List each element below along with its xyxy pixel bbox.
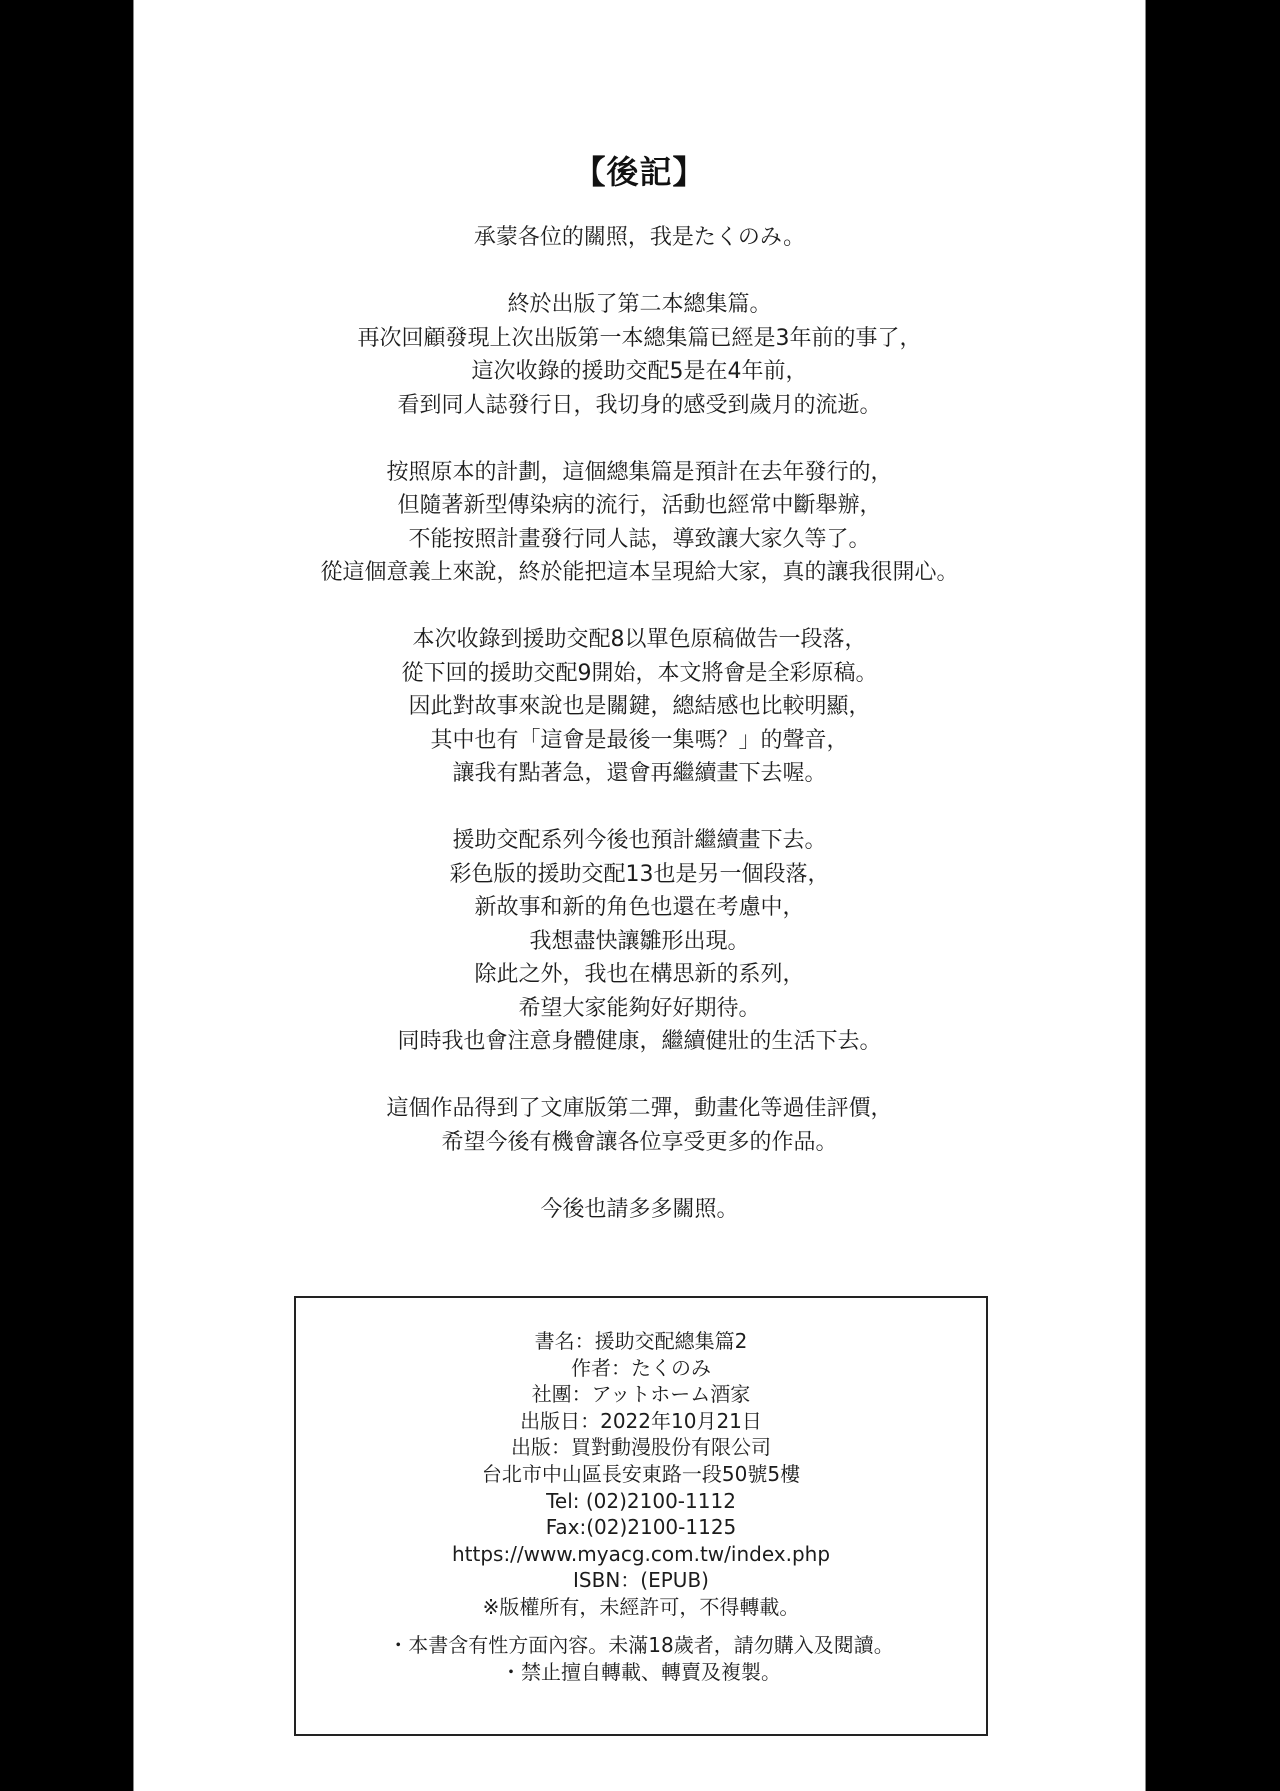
circle-line: 社團：アットホーム酒家: [296, 1381, 986, 1408]
address-line: 台北市中山區長安東路一段50號5樓: [296, 1461, 986, 1488]
age-notice: ・本書含有性方面內容。未滿18歲者，請勿購入及閱讀。: [296, 1632, 986, 1659]
publish-date-line: 出版日：2022年10月21日: [296, 1408, 986, 1435]
book-page: 【後記】 承蒙各位的關照，我是たくのみ。 終於出版了第二本總集篇。 再次回顧發現…: [133, 0, 1146, 1791]
isbn-line: ISBN：(EPUB): [296, 1567, 986, 1594]
text-line: 再次回顧發現上次出版第一本總集篇已經是3年前的事了，: [134, 322, 1145, 356]
text-line: 因此對故事來說也是關鍵，總結感也比較明顯，: [134, 690, 1145, 724]
text-line: 其中也有「這會是最後一集嗎？」的聲音，: [134, 724, 1145, 758]
text-line: 這個作品得到了文庫版第二彈，動畫化等過佳評價，: [134, 1092, 1145, 1126]
text-line: 新故事和新的角色也還在考慮中，: [134, 891, 1145, 925]
text-line: 從這個意義上來說，終於能把這本呈現給大家，真的讓我很開心。: [134, 556, 1145, 590]
afterword-paragraph-3: 按照原本的計劃，這個總集篇是預計在去年發行的， 但隨著新型傳染病的流行，活動也經…: [134, 456, 1145, 590]
book-title-line: 書名：援助交配總集篇2: [296, 1328, 986, 1355]
afterword-body: 承蒙各位的關照，我是たくのみ。 終於出版了第二本總集篇。 再次回顧發現上次出版第…: [134, 221, 1145, 1260]
text-line: 終於出版了第二本總集篇。: [134, 288, 1145, 322]
afterword-title: 【後記】: [134, 150, 1145, 194]
colophon-box: 書名：援助交配總集篇2 作者：たくのみ 社團：アットホーム酒家 出版日：2022…: [294, 1296, 988, 1736]
text-line: 彩色版的援助交配13也是另一個段落，: [134, 858, 1145, 892]
afterword-paragraph-5: 援助交配系列今後也預計繼續畫下去。 彩色版的援助交配13也是另一個段落， 新故事…: [134, 824, 1145, 1059]
afterword-paragraph-7: 今後也請多多關照。: [134, 1193, 1145, 1227]
fax-line: Fax:(02)2100-1125: [296, 1514, 986, 1541]
text-line: 但隨著新型傳染病的流行，活動也經常中斷舉辦，: [134, 489, 1145, 523]
content-notices: ・本書含有性方面內容。未滿18歲者，請勿購入及閱讀。 ・禁止擅自轉載、轉賣及複製…: [296, 1632, 986, 1685]
text-line: 承蒙各位的關照，我是たくのみ。: [134, 221, 1145, 255]
text-line: 本次收錄到援助交配8以單色原稿做告一段落，: [134, 623, 1145, 657]
afterword-paragraph-6: 這個作品得到了文庫版第二彈，動畫化等過佳評價， 希望今後有機會讓各位享受更多的作…: [134, 1092, 1145, 1159]
text-line: 希望大家能夠好好期待。: [134, 992, 1145, 1026]
reproduction-notice: ・禁止擅自轉載、轉賣及複製。: [296, 1659, 986, 1686]
text-line: 希望今後有機會讓各位享受更多的作品。: [134, 1126, 1145, 1160]
text-line: 看到同人誌發行日，我切身的感受到歲月的流逝。: [134, 389, 1145, 423]
text-line: 同時我也會注意身體健康，繼續健壯的生活下去。: [134, 1025, 1145, 1059]
text-line: 除此之外，我也在構思新的系列，: [134, 958, 1145, 992]
copyright-line: ※版權所有，未經許可，不得轉載。: [296, 1594, 986, 1621]
tel-line: Tel: (02)2100-1112: [296, 1488, 986, 1515]
text-line: 不能按照計畫發行同人誌，導致讓大家久等了。: [134, 523, 1145, 557]
afterword-paragraph-4: 本次收錄到援助交配8以單色原稿做告一段落， 從下回的援助交配9開始，本文將會是全…: [134, 623, 1145, 791]
afterword-paragraph-1: 承蒙各位的關照，我是たくのみ。: [134, 221, 1145, 255]
text-line: 我想盡快讓雛形出現。: [134, 925, 1145, 959]
text-line: 今後也請多多關照。: [134, 1193, 1145, 1227]
colophon-details: 書名：援助交配總集篇2 作者：たくのみ 社團：アットホーム酒家 出版日：2022…: [296, 1328, 986, 1621]
text-line: 援助交配系列今後也預計繼續畫下去。: [134, 824, 1145, 858]
text-line: 按照原本的計劃，這個總集篇是預計在去年發行的，: [134, 456, 1145, 490]
text-line: 這次收錄的援助交配5是在4年前，: [134, 355, 1145, 389]
author-line: 作者：たくのみ: [296, 1355, 986, 1382]
website-line: https://www.myacg.com.tw/index.php: [296, 1541, 986, 1568]
publisher-line: 出版：買對動漫股份有限公司: [296, 1434, 986, 1461]
text-line: 從下回的援助交配9開始，本文將會是全彩原稿。: [134, 657, 1145, 691]
text-line: 讓我有點著急，還會再繼續畫下去喔。: [134, 757, 1145, 791]
afterword-paragraph-2: 終於出版了第二本總集篇。 再次回顧發現上次出版第一本總集篇已經是3年前的事了， …: [134, 288, 1145, 422]
